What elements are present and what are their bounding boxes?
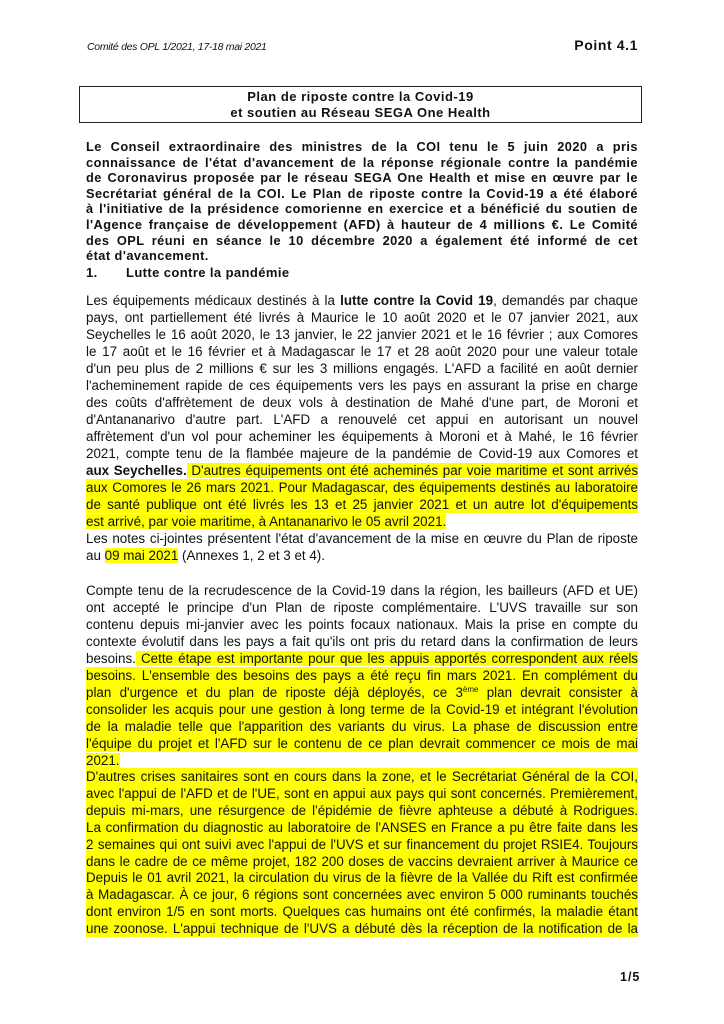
highlighted-line: La confirmation du diagnostic au laborat… [86,819,638,836]
section-title: Lutte contre la pandémie [126,265,289,280]
text-run: plan devrait consister à [478,685,638,700]
highlighted-line: plan d'urgence et du plan de riposte déj… [86,684,638,701]
highlighted-line: 2 semaines qui ont suivi avec l'appui de… [86,836,638,853]
intro-line: l'Agence française de développement (AFD… [86,217,638,233]
text-run: plan d'urgence et du plan de riposte déj… [86,685,463,700]
paragraph-line: 2021, compte tenu de la flambée majeure … [86,445,638,462]
paragraph-line: pays, ont partiellement été livrés à Mau… [86,309,638,326]
highlighted-line: avec l'appui de l'AFD et de l'UE, sont e… [86,785,638,802]
intro-line: état d'avancement. [86,248,638,264]
superscript: ème [463,685,479,694]
paragraph-line: au 09 mai 2021 (Annexes 1, 2 et 3 et 4). [86,547,638,564]
paragraph-line: Les équipements médicaux destinés à la l… [86,292,638,309]
highlighted-line: aux Comores le 26 mars 2021. Pour Madaga… [86,479,638,496]
highlighted-line: est arrivé, par voie maritime, à Antanan… [86,513,638,530]
intro-line: des OPL réuni en séance le 10 décembre 2… [86,233,638,249]
title-line-2: et soutien au Réseau SEGA One Health [80,105,641,121]
bold-text-run: lutte contre la Covid 19 [340,293,493,308]
paragraph-line: Les notes ci-jointes présentent l'état d… [86,530,638,547]
text-run: , demandés par chaque [493,293,638,308]
paragraph-annex-notes: Les notes ci-jointes présentent l'état d… [86,530,638,564]
page-number: 1/5 [620,970,640,984]
highlighted-date: 09 mai 2021 [105,548,179,563]
paragraph-line: Compte tenu de la recrudescence de la Co… [86,582,638,599]
paragraph-line: contexte évolutif dans les pays a fait q… [86,633,638,650]
highlighted-line: l'équipe du projet et l'AFD sur le conte… [86,735,638,752]
section-number: 1. [86,265,126,280]
highlighted-line: depuis mi-mars, une résurgence de l'épid… [86,802,638,819]
highlighted-line: dont environ 1/5 en sont morts. Quelques… [86,903,638,920]
intro-line: à l'initiative de la présidence comorien… [86,201,638,217]
paragraph-line: affrètement d'un vol pour acheminer les … [86,428,638,445]
intro-line: Secrétariat général de la COI. Le Plan d… [86,186,638,202]
highlighted-line: de la maladie telle que l'apparition des… [86,718,638,735]
text-run: (Annexes 1, 2 et 3 et 4). [178,548,325,563]
intro-paragraph: Le Conseil extraordinaire des ministres … [86,139,638,264]
intro-line: connaissance de l'état d'avancement de l… [86,155,638,171]
header-meeting-reference: Comité des OPL 1/2021, 17-18 mai 2021 [87,41,267,53]
highlighted-line: à Madagascar. À ce jour, 6 régions sont … [86,886,638,903]
highlighted-line: D'autres crises sanitaires sont en cours… [86,768,638,785]
paragraph-line: d'un peu plus de 2 millions € sur les 3 … [86,360,638,377]
highlighted-line: besoins. L'ensemble des besoins des pays… [86,667,638,684]
highlighted-text-run: 2021. [86,753,120,768]
highlighted-text-run: D'autres équipements ont été acheminés p… [187,463,638,478]
title-line-1: Plan de riposte contre la Covid-19 [80,89,641,105]
paragraph-line: contenu depuis mi-janvier avec les point… [86,616,638,633]
text-run: Les équipements médicaux destinés à la [86,293,340,308]
highlighted-line: dans le cadre de ce même projet, 182 200… [86,853,638,870]
paragraph-line: ont accepté le principe d'un Plan de rip… [86,599,638,616]
highlighted-line: consolider les acquis pour une gestion à… [86,701,638,718]
paragraph-line: besoins. Cette étape est importante pour… [86,650,638,667]
paragraph-line: aux Seychelles. D'autres équipements ont… [86,462,638,479]
highlighted-line: une zoonose. L'appui technique de l'UVS … [86,920,638,937]
highlighted-line: Depuis le 01 avril 2021, la circulation … [86,869,638,886]
paragraph-line: d'Antananarivo d'autre part. L'AFD a ren… [86,411,638,428]
intro-line: Le Conseil extraordinaire des ministres … [86,139,638,155]
paragraph-equipment: Les équipements médicaux destinés à la l… [86,292,638,530]
highlighted-text-run: est arrivé, par voie maritime, à Antanan… [86,514,446,529]
highlighted-line: de santé publique ont été livrés les 13 … [86,496,638,513]
highlighted-text-run: Cette étape est importante pour que les … [136,651,638,666]
paragraph-line: le 17 août et le 16 février et à Madagas… [86,343,638,360]
text-run: au [86,548,105,563]
paragraph-rift-valley-fever: Depuis le 01 avril 2021, la circulation … [86,869,638,937]
paragraph-line: l'acheminement rapide de ces équipements… [86,377,638,394]
paragraph-line: des coûts d'affrètement de deux vols à d… [86,394,638,411]
paragraph-line: Seychelles le 16 août 2020, le 13 janvie… [86,326,638,343]
bold-text-run: aux Seychelles. [86,463,187,478]
section-heading: 1.Lutte contre la pandémie [86,265,289,280]
header-point-number: Point 4.1 [574,37,638,53]
document-title-box: Plan de riposte contre la Covid-19 et so… [79,86,642,123]
document-page: Comité des OPL 1/2021, 17-18 mai 2021 Po… [0,0,724,1024]
intro-line: de Coronavirus proposée par le réseau SE… [86,170,638,186]
paragraph-complementary-plan: Compte tenu de la recrudescence de la Co… [86,582,638,769]
text-run: besoins. [86,651,136,666]
highlighted-line: 2021. [86,752,638,769]
